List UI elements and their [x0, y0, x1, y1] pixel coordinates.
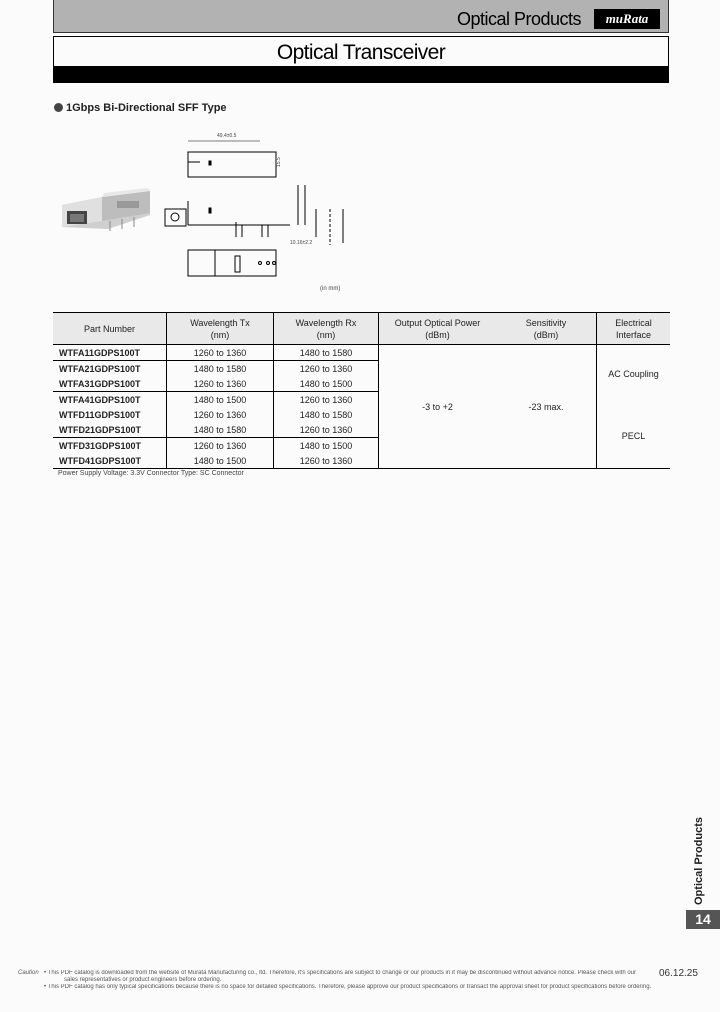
caution-line-2: • This PDF catalog has only typical spec…	[44, 984, 664, 991]
spec-table: Part Number Wavelength Tx(nm) Wavelength…	[53, 312, 670, 469]
category-title: Optical Products	[457, 9, 581, 30]
part-number: WTFA31GDPS100T	[53, 376, 167, 392]
unit-note: (in mm)	[320, 286, 340, 292]
col-wavelength-tx: Wavelength Tx(nm)	[167, 313, 274, 345]
table-note: Power Supply Voltage: 3.3V Connector Typ…	[58, 470, 244, 477]
table-row: WTFA11GDPS100T 1260 to 1360 1480 to 1580…	[53, 345, 670, 361]
catalog-date: 06.12.25	[659, 968, 698, 979]
wavelength-rx: 1260 to 1360	[274, 361, 379, 377]
sensitivity-value: -23 max.	[496, 345, 597, 469]
part-number: WTFD31GDPS100T	[53, 438, 167, 454]
page-title: Optical Transceiver	[54, 41, 668, 65]
wavelength-tx: 1480 to 1500	[167, 453, 274, 469]
part-number: WTFD41GDPS100T	[53, 453, 167, 469]
wavelength-tx: 1260 to 1360	[167, 407, 274, 422]
interface-pecl: PECL	[597, 431, 670, 441]
title-underbar	[54, 66, 668, 82]
dimension-drawing: 49.4±0.5 15.5 10.16±2.2	[150, 125, 360, 285]
wavelength-rx: 1260 to 1360	[274, 422, 379, 438]
wavelength-rx: 1260 to 1360	[274, 453, 379, 469]
wavelength-tx: 1480 to 1580	[167, 422, 274, 438]
wavelength-rx: 1480 to 1500	[274, 438, 379, 454]
murata-logo: muRata	[594, 9, 660, 29]
col-wavelength-rx: Wavelength Rx(nm)	[274, 313, 379, 345]
side-category-label: Optical Products	[693, 817, 705, 905]
col-electrical-interface: ElectricalInterface	[597, 313, 671, 345]
svg-text:10.16±2.2: 10.16±2.2	[290, 240, 312, 246]
electrical-interface-cell: AC Coupling PECL	[597, 345, 671, 469]
col-sensitivity: Sensitivity(dBm)	[496, 313, 597, 345]
svg-text:49.4±0.5: 49.4±0.5	[217, 133, 237, 139]
part-number: WTFA41GDPS100T	[53, 392, 167, 408]
wavelength-rx: 1480 to 1500	[274, 376, 379, 392]
product-photo	[62, 185, 152, 235]
wavelength-rx: 1480 to 1580	[274, 345, 379, 361]
wavelength-tx: 1260 to 1360	[167, 345, 274, 361]
page-title-box: Optical Transceiver	[53, 36, 669, 83]
part-number: WTFA21GDPS100T	[53, 361, 167, 377]
part-number: WTFD11GDPS100T	[53, 407, 167, 422]
caution-label: Caution	[18, 970, 39, 977]
wavelength-rx: 1260 to 1360	[274, 392, 379, 408]
caution-line-1b: sales representatives or product enginee…	[44, 977, 664, 984]
wavelength-tx: 1260 to 1360	[167, 376, 274, 392]
caution-line-1: • This PDF catalog is downloaded from th…	[44, 970, 664, 977]
wavelength-rx: 1480 to 1580	[274, 407, 379, 422]
part-number: WTFD21GDPS100T	[53, 422, 167, 438]
table-header-row: Part Number Wavelength Tx(nm) Wavelength…	[53, 313, 670, 345]
output-power-value: -3 to +2	[379, 345, 497, 469]
bullet-icon	[54, 103, 63, 112]
col-part-number: Part Number	[53, 313, 167, 345]
part-number: WTFA11GDPS100T	[53, 345, 167, 361]
page-number: 14	[686, 910, 720, 929]
col-output-power: Output Optical Power(dBm)	[379, 313, 497, 345]
section-heading-text: 1Gbps Bi-Directional SFF Type	[66, 102, 227, 114]
section-heading: 1Gbps Bi-Directional SFF Type	[54, 102, 227, 114]
wavelength-tx: 1260 to 1360	[167, 438, 274, 454]
wavelength-tx: 1480 to 1580	[167, 361, 274, 377]
header-band: Optical Products muRata	[53, 0, 669, 33]
wavelength-tx: 1480 to 1500	[167, 392, 274, 408]
svg-text:15.5: 15.5	[276, 157, 282, 167]
interface-ac-coupling: AC Coupling	[597, 369, 670, 379]
